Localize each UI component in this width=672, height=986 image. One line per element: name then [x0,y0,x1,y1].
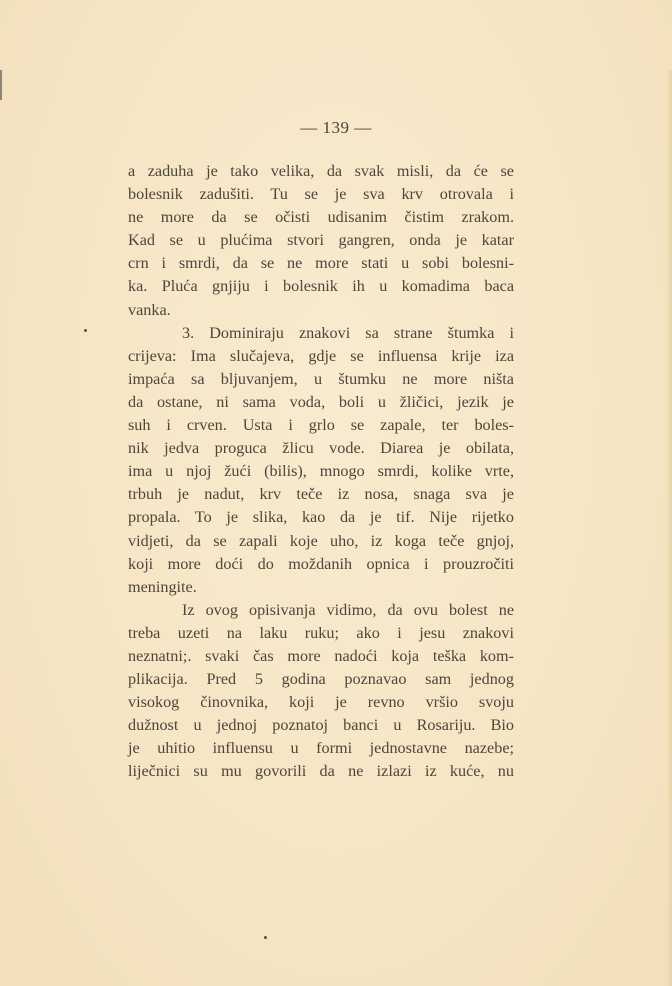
text-line: Kad se u plućima stvori gangren, onda je… [128,229,514,252]
text-line: crn i smrdi, da se ne more stati u sobi … [128,252,514,275]
text-line: plikacija. Pred 5 godina poznavao sam je… [128,668,514,691]
page-edge-left-mark [0,70,2,100]
text-line: nik jedva proguca žlicu vode. Diarea je … [128,437,514,460]
text-line: a zaduha je tako velika, da svak misli, … [128,160,514,183]
text-line: crijeva: Ima slučajeva, gdje se influens… [128,345,514,368]
text-line: meningite. [128,576,514,599]
text-line: visokog činovnika, koji je revno vršio s… [128,691,514,714]
text-line: suh i crven. Usta i grlo se zapale, ter … [128,414,514,437]
text-line: vidjeti, da se zapali koje uho, iz koga … [128,530,514,553]
text-line: da ostane, ni sama voda, boli u žličici,… [128,391,514,414]
text-line: treba uzeti na laku ruku; ako i jesu zna… [128,622,514,645]
text-line: liječnici su mu govorili da ne izlazi iz… [128,760,514,783]
text-line: koji more doći do moždanih opnica i prou… [128,553,514,576]
text-line: neznatni;. svaki čas more nadoći koja te… [128,645,514,668]
text-line: impaća sa bljuvanjem, u štumku ne more n… [128,368,514,391]
text-line: dužnost u jednoj poznatoj banci u Rosari… [128,714,514,737]
page-edge-right [668,70,672,986]
text-line: trbuh je nadut, krv teče iz nosa, snaga … [128,483,514,506]
page-number: — 139 — [0,118,672,138]
text-line: vanka. [128,299,514,322]
margin-dot [84,329,87,332]
paragraph-start-line: Iz ovog opisivanja vidimo, da ovu bolest… [128,599,514,622]
text-line: propala. To je slika, kao da je tif. Nij… [128,506,514,529]
text-line: je uhitio influensu u formi jednostavne … [128,737,514,760]
text-line: ka. Pluća gnjiju i bolesnik ih u komadim… [128,275,514,298]
body-text: a zaduha je tako velika, da svak misli, … [128,160,514,784]
text-line: ne more da se očisti udisanim čistim zra… [128,206,514,229]
margin-dot [264,936,267,939]
paragraph-start-line: 3. Dominiraju znakovi sa strane štumka i [128,322,514,345]
text-line: ima u njoj žući (bilis), mnogo smrdi, ko… [128,460,514,483]
scanned-book-page: — 139 — a zaduha je tako velika, da svak… [0,0,672,986]
text-line: bolesnik zadušiti. Tu se je sva krv otro… [128,183,514,206]
